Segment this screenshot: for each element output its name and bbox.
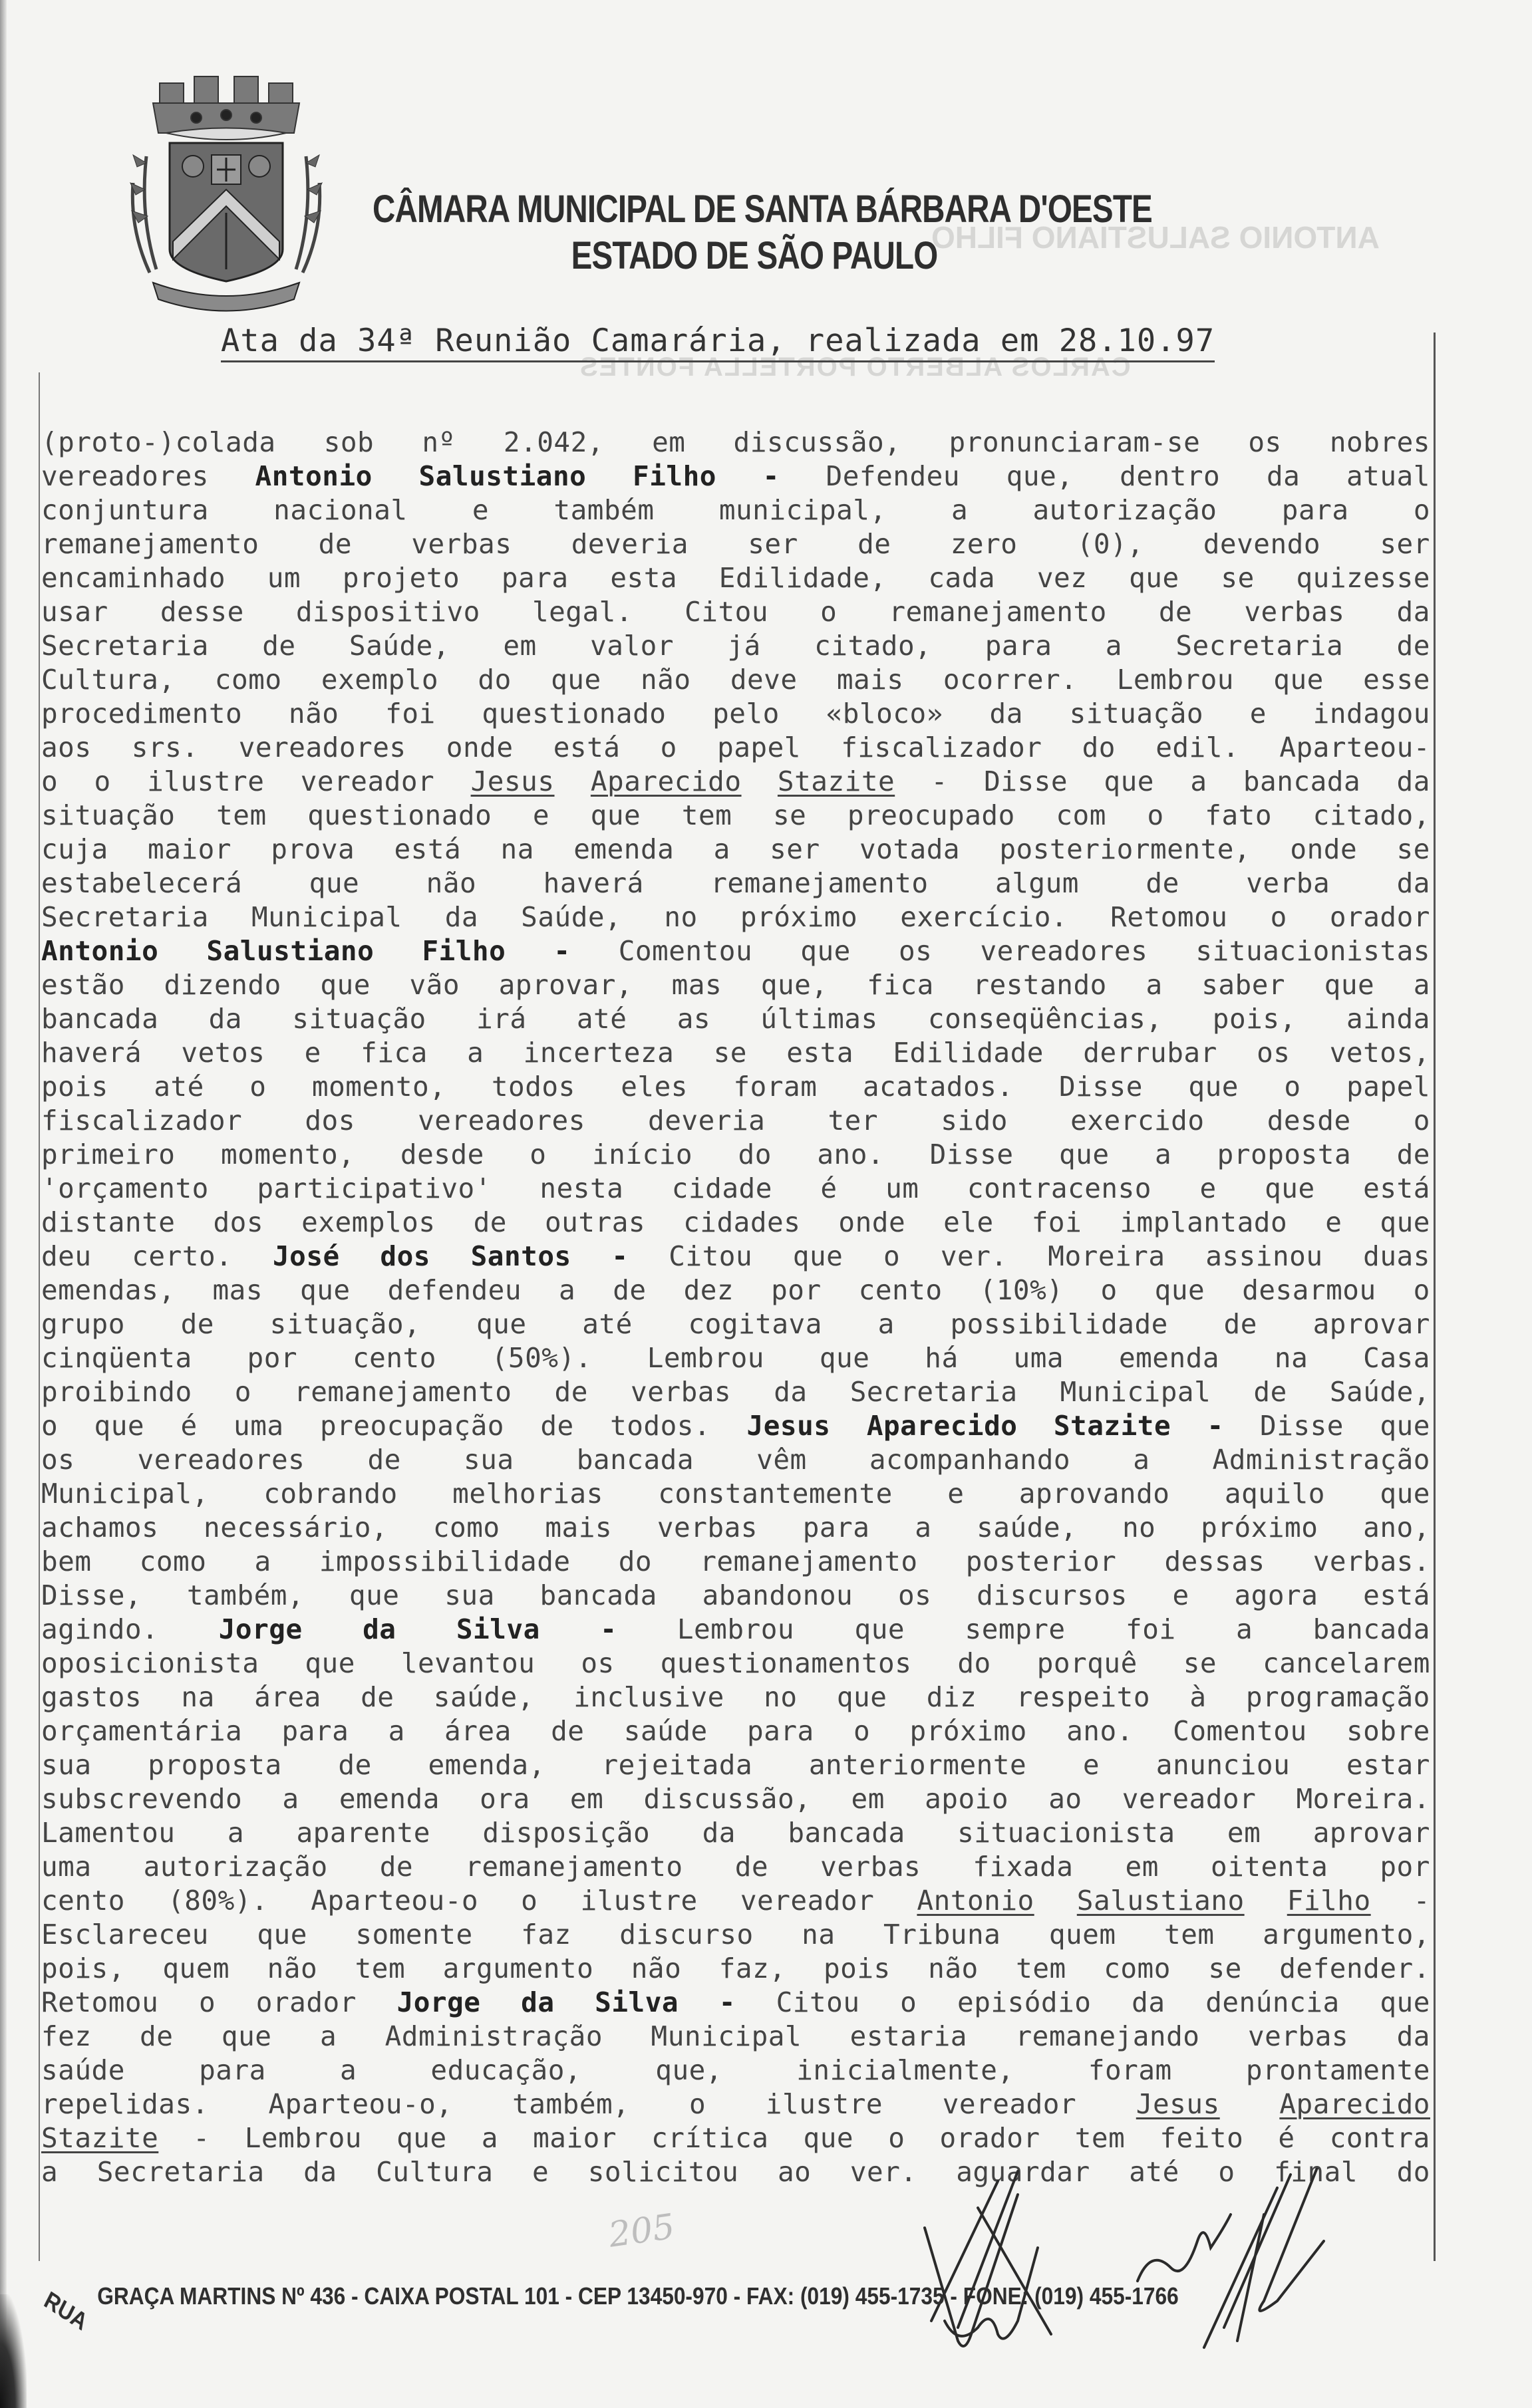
word: Lembrou — [677, 1613, 794, 1647]
word: Administração — [1213, 1443, 1430, 1477]
word: Saúde, — [1330, 1375, 1430, 1409]
body-line: estãodizendoquevãoaprovar,masque,ficares… — [41, 968, 1430, 1002]
word: aparente — [296, 1816, 430, 1850]
word: cobrando — [263, 1477, 397, 1511]
word: orçamentária — [41, 1714, 242, 1748]
word: papel — [1346, 1070, 1430, 1104]
word: por — [771, 1273, 822, 1307]
body-line: osvereadoresdesuabancadavêmacompanhandoa… — [41, 1443, 1430, 1477]
word: legal. — [532, 595, 633, 629]
word: o — [661, 731, 677, 765]
word: vez — [1037, 561, 1088, 595]
word: faz — [521, 1918, 571, 1952]
word: verbas — [820, 1850, 921, 1884]
word: onde — [838, 1206, 905, 1240]
word: aprovar — [1313, 1816, 1430, 1850]
word: a — [340, 2054, 357, 2087]
word: ocorrer. — [943, 663, 1077, 697]
word: inicialmente, — [796, 2054, 1014, 2087]
body-line: oqueéumapreocupaçãodetodos.JesusAparecid… — [41, 1409, 1430, 1443]
body-line: bancadadasituaçãoiráatéasúltimasconseqüê… — [41, 1002, 1430, 1036]
word: o — [249, 1070, 266, 1104]
word: esta — [610, 561, 677, 595]
word: 2.042, — [504, 426, 604, 460]
word: emendas, — [41, 1273, 175, 1307]
word: à — [1189, 1680, 1206, 1714]
word: incerteza — [524, 1036, 675, 1070]
word: prova — [271, 833, 355, 867]
word: 'orçamento — [41, 1172, 209, 1206]
word: ser — [1380, 527, 1430, 561]
word: início — [592, 1138, 692, 1172]
word: ter — [828, 1104, 878, 1138]
word: exercido — [1070, 1104, 1204, 1138]
word: da — [1397, 765, 1430, 799]
word: agora — [1234, 1579, 1318, 1613]
word: onde — [446, 731, 514, 765]
word: Citou — [669, 1240, 752, 1273]
aparte-name: Aparecido — [1279, 2087, 1430, 2121]
word: Defendeu — [826, 460, 960, 493]
word: abandonou — [702, 1579, 853, 1613]
word: de — [1253, 1375, 1287, 1409]
word: Lembrou — [1117, 663, 1234, 697]
word: cuja — [41, 833, 108, 867]
word: Esclareceu — [41, 1918, 209, 1952]
word: próximo — [740, 900, 857, 934]
word: e — [1173, 1579, 1189, 1613]
word: se — [714, 1036, 747, 1070]
letterhead-footer: RUA GRAÇA MARTINS Nº 436 - CAIXA POSTAL … — [40, 2282, 1281, 2310]
word: bancada — [1243, 765, 1360, 799]
body-line: Municipal,cobrandomelhoriasconstantement… — [41, 1477, 1430, 1511]
word: conseqüências, — [928, 1002, 1163, 1036]
word: ano. — [817, 1138, 884, 1172]
word: o — [41, 1409, 58, 1443]
word: constantemente — [658, 1477, 893, 1511]
word: a — [1146, 968, 1162, 1002]
word: desde — [400, 1138, 484, 1172]
word: a — [320, 2020, 337, 2054]
word: os — [1248, 426, 1281, 460]
word: Disse — [1260, 1409, 1344, 1443]
speaker-name: - — [763, 460, 780, 493]
word: Lembrou — [245, 2121, 362, 2155]
word: um — [885, 1172, 919, 1206]
word: Lamentou — [41, 1816, 175, 1850]
word: tem — [1164, 1918, 1215, 1952]
word: (0), — [1077, 527, 1144, 561]
word: já — [727, 629, 760, 663]
speaker-name: José — [273, 1240, 340, 1273]
body-line: distantedosexemplosdeoutrascidadesondeel… — [41, 1206, 1430, 1240]
word: achamos — [41, 1511, 158, 1545]
word: do — [738, 1138, 772, 1172]
word: por — [247, 1341, 298, 1375]
body-line: pois,quemnãotemargumentonãofaz,poisnãote… — [41, 1952, 1430, 1986]
word: tem — [216, 799, 267, 833]
word: como — [433, 1511, 500, 1545]
word: deveria — [648, 1104, 765, 1138]
word: de — [551, 1714, 584, 1748]
word: o — [1414, 1273, 1430, 1307]
word: o — [883, 1240, 900, 1273]
word: Casa — [1363, 1341, 1430, 1375]
word: - — [931, 765, 948, 799]
word: remanejamento — [710, 867, 928, 900]
word: Municipal, — [41, 1477, 209, 1511]
word: se — [1221, 561, 1254, 595]
word: Citou — [776, 1986, 860, 2020]
word: a — [915, 1511, 931, 1545]
word: situação — [41, 799, 175, 833]
word: não — [928, 1952, 979, 1986]
word: grupo — [41, 1307, 125, 1341]
word: melhorias — [452, 1477, 603, 1511]
speaker-name: Silva — [456, 1613, 540, 1647]
word: é — [820, 1172, 837, 1206]
word: posterior — [966, 1545, 1117, 1579]
body-line: saúdeparaaeducação,que,inicialmente,fora… — [41, 2054, 1430, 2087]
word: que — [1059, 1138, 1110, 1172]
word: vetos — [181, 1036, 265, 1070]
word: sua — [444, 1579, 495, 1613]
word: Disse — [984, 765, 1068, 799]
speaker-name: - — [600, 1613, 617, 1647]
word: bem — [41, 1545, 92, 1579]
word: cada — [928, 561, 995, 595]
word: da — [1397, 867, 1430, 900]
margin-rule-left — [39, 372, 40, 2261]
word: até — [154, 1070, 204, 1104]
body-line: AntonioSalustianoFilho-Comentouqueosvere… — [41, 934, 1430, 968]
word: Municipal — [1060, 1375, 1211, 1409]
word: cidades — [683, 1206, 800, 1240]
word: que — [1129, 561, 1179, 595]
word: bancada — [41, 1002, 158, 1036]
word: do — [1082, 731, 1116, 765]
word: de — [262, 629, 295, 663]
word: que — [222, 2020, 272, 2054]
word: necessário, — [204, 1511, 388, 1545]
word: ser — [748, 527, 798, 561]
word: questionado — [482, 697, 666, 731]
signatures-icon — [918, 2168, 1450, 2354]
word: possibilidade — [950, 1307, 1167, 1341]
word: o — [1284, 1070, 1301, 1104]
word: não — [267, 1952, 318, 1986]
word: o — [235, 1375, 251, 1409]
word: os — [41, 1443, 75, 1477]
word: ora — [480, 1782, 530, 1816]
minutes-body: (proto-)coladasobnº2.042,emdiscussão,pro… — [41, 426, 1430, 2189]
word: ano. — [1066, 1714, 1134, 1748]
word: mais — [837, 663, 904, 697]
word: ver. — [941, 1240, 1008, 1273]
word: (proto-)colada — [41, 426, 276, 460]
word: na — [802, 1918, 835, 1952]
word: que — [476, 1307, 527, 1341]
word: oposicionista — [41, 1647, 259, 1680]
word: não — [631, 1952, 682, 1986]
word: preocupado — [847, 799, 1015, 833]
word: para — [199, 2054, 266, 2087]
word: o — [1414, 493, 1430, 527]
word: as — [677, 1002, 710, 1036]
word: estão — [41, 968, 125, 1002]
speaker-name: Salustiano — [419, 460, 587, 493]
word: Municipal — [651, 2020, 802, 2054]
word: deve — [730, 663, 798, 697]
word: contracenso — [967, 1172, 1151, 1206]
word: da — [1397, 2020, 1430, 2054]
word: contra — [1330, 2121, 1430, 2155]
word: quizesse — [1296, 561, 1430, 595]
word: e — [533, 799, 549, 833]
word: vereadores — [239, 731, 406, 765]
word: nacional — [273, 493, 407, 527]
word: Saúde, — [521, 900, 621, 934]
word: da — [445, 900, 478, 934]
word: vereadores — [418, 1104, 585, 1138]
word: e — [472, 493, 489, 527]
body-line: procedimentonãofoiquestionadopelo«bloco»… — [41, 697, 1430, 731]
speaker-name: - — [553, 934, 570, 968]
word: impossibilidade — [319, 1545, 571, 1579]
word: argumento, — [1263, 1918, 1430, 1952]
word: que — [396, 2121, 447, 2155]
body-line: fezdequeaAdministraçãoMunicipalestariare… — [41, 2020, 1430, 2054]
word: autorização — [144, 1850, 328, 1884]
word: aprovar — [1313, 1307, 1430, 1341]
body-line: oposicionistaquelevantouosquestionamento… — [41, 1647, 1430, 1680]
body-line: agindo.JorgedaSilva-Lembrouquesemprefoia… — [41, 1613, 1430, 1647]
speaker-name: Santos — [471, 1240, 571, 1273]
word: tem — [1016, 1952, 1066, 1986]
word: a — [1133, 1443, 1149, 1477]
word: Aparteou- — [1279, 731, 1430, 765]
word: não — [289, 697, 339, 731]
word: do — [478, 663, 511, 697]
word: respeito — [1016, 1680, 1150, 1714]
word: para — [282, 1714, 349, 1748]
word: tem — [1075, 2121, 1126, 2155]
word: estabelecerá — [41, 867, 242, 900]
body-line: (proto-)coladasobnº2.042,emdiscussão,pro… — [41, 426, 1430, 460]
word: de — [735, 1850, 768, 1884]
word: (50%). — [492, 1341, 592, 1375]
word: o — [1100, 1273, 1117, 1307]
word: dessas — [1164, 1545, 1265, 1579]
body-line: SecretariaMunicipaldaSaúde,nopróximoexer… — [41, 900, 1430, 934]
speaker-name: Filho — [422, 934, 506, 968]
word: gastos — [41, 1680, 142, 1714]
word: remanejamento — [41, 527, 259, 561]
word: a — [878, 1307, 895, 1341]
word: que, — [1006, 460, 1074, 493]
word: em — [570, 1782, 603, 1816]
word: em — [1126, 1850, 1159, 1884]
word: eles — [621, 1070, 688, 1104]
word: acompanhando — [869, 1443, 1070, 1477]
word: área — [254, 1680, 321, 1714]
word: inclusive — [573, 1680, 724, 1714]
word: - — [1414, 1884, 1430, 1918]
word: projeto — [343, 561, 460, 595]
word: para — [1282, 493, 1349, 527]
word: sua — [41, 1748, 92, 1782]
footer-address: GRAÇA MARTINS Nº 436 - CAIXA POSTAL 101 … — [97, 2282, 1178, 2310]
word: e — [1199, 1172, 1216, 1206]
word: fica — [867, 968, 934, 1002]
word: que — [320, 968, 371, 1002]
word: outras — [545, 1206, 645, 1240]
word: que — [837, 1680, 887, 1714]
word: usar — [41, 595, 108, 629]
word: defendeu — [388, 1273, 522, 1307]
word: a — [714, 833, 730, 867]
word: vereador — [301, 765, 434, 799]
word: que — [855, 1613, 905, 1647]
word: cento — [859, 1273, 943, 1307]
body-line: achamosnecessário,comomaisverbasparaasaú… — [41, 1511, 1430, 1545]
word: esse — [1363, 663, 1430, 697]
word: fixada — [973, 1850, 1073, 1884]
word: crítica — [651, 2121, 768, 2155]
coat-of-arms-icon — [120, 70, 333, 316]
word: que — [257, 1918, 307, 1952]
word: situacionistas — [1195, 934, 1430, 968]
word: emenda, — [428, 1748, 545, 1782]
word: repelidas. — [41, 2087, 209, 2121]
word: não — [426, 867, 477, 900]
body-line: EsclareceuquesomentefazdiscursonaTribuna… — [41, 1918, 1430, 1952]
word: ser — [770, 833, 820, 867]
word: que — [1380, 1206, 1430, 1240]
word: episódio — [957, 1986, 1091, 2020]
word: está — [1363, 1172, 1430, 1206]
speaker-name: Jesus — [747, 1409, 831, 1443]
word: ano, — [1363, 1511, 1430, 1545]
word: com — [1056, 799, 1106, 833]
word: se — [1208, 1952, 1241, 1986]
word: desse — [160, 595, 244, 629]
word: verbas. — [1313, 1545, 1430, 1579]
word: o — [689, 2087, 706, 2121]
word: da — [209, 1002, 242, 1036]
word: a — [1155, 1138, 1171, 1172]
word: argumento — [443, 1952, 594, 1986]
word: (80%). — [168, 1884, 268, 1918]
word: aprovar, — [499, 968, 633, 1002]
word: porquê — [1037, 1647, 1138, 1680]
word: até — [582, 1307, 633, 1341]
word: defender. — [1279, 1952, 1430, 1986]
word: deu — [41, 1240, 92, 1273]
aparte-name: Stazite — [778, 765, 895, 799]
word: que — [551, 663, 601, 697]
word: vereadores — [980, 934, 1148, 968]
word: desarmou — [1242, 1273, 1376, 1307]
word: prontamente — [1246, 2054, 1430, 2087]
word: de — [555, 1375, 588, 1409]
word: Citou — [685, 595, 768, 629]
word: últimas — [760, 1002, 877, 1036]
word: de — [368, 1443, 401, 1477]
speaker-name: Jorge — [219, 1613, 303, 1647]
word: de — [338, 1748, 371, 1782]
word: questionado — [307, 799, 492, 833]
word: se — [1183, 1647, 1217, 1680]
word: Disse — [930, 1138, 1014, 1172]
word: em — [652, 426, 685, 460]
word: nesta — [539, 1172, 623, 1206]
footer-prefix: RUA — [40, 2286, 92, 2336]
body-line: RetomouooradorJorgedaSilva-Citouoepisódi… — [41, 1986, 1430, 2020]
body-line: fiscalizadordosvereadoresdeveriatersidoe… — [41, 1104, 1430, 1138]
word: o — [900, 1986, 917, 2020]
word: ilustre — [580, 1884, 697, 1918]
word: exemplo — [321, 663, 438, 697]
word: fiscalizador — [841, 731, 1042, 765]
word: aos — [41, 731, 92, 765]
body-line: bemcomoaimpossibilidadedoremanejamentopo… — [41, 1545, 1430, 1579]
word: mas — [672, 968, 722, 1002]
word: emenda — [339, 1782, 440, 1816]
word: dos — [305, 1104, 355, 1138]
word: os — [581, 1647, 614, 1680]
word: uma — [233, 1409, 284, 1443]
word: proposta — [148, 1748, 281, 1782]
word: dez — [684, 1273, 734, 1307]
word: Municipal — [251, 900, 402, 934]
word: há — [925, 1341, 958, 1375]
word: Edilidade — [893, 1036, 1044, 1070]
body-line: vereadoresAntonioSalustianoFilho-Defende… — [41, 460, 1430, 493]
word: vereador — [740, 1884, 874, 1918]
word: edil. — [1155, 731, 1239, 765]
body-line: orçamentáriaparaaáreadesaúdeparaopróximo… — [41, 1714, 1430, 1748]
word: discussão, — [643, 1782, 811, 1816]
word: da — [1397, 595, 1430, 629]
word: de — [361, 1680, 394, 1714]
body-line: cento(80%).Aparteou-ooilustrevereadorAnt… — [41, 1884, 1430, 1918]
word: que — [300, 1273, 351, 1307]
body-line: emendas,masquedefendeuadedezporcento(10%… — [41, 1273, 1430, 1307]
word: assinou — [1205, 1240, 1322, 1273]
word: e — [1083, 1748, 1100, 1782]
body-line: estabeleceráquenãohaveráremanejamentoalg… — [41, 867, 1430, 900]
word: de — [857, 527, 891, 561]
word: por — [1380, 1850, 1430, 1884]
word: Secretaria — [41, 900, 209, 934]
word: implantado — [1120, 1206, 1287, 1240]
word: que — [1324, 968, 1375, 1002]
word: somente — [355, 1918, 472, 1952]
word: maior — [533, 2121, 617, 2155]
word: emenda — [573, 833, 674, 867]
body-line: primeiromomento,desdeoiníciodoano.Disseq… — [41, 1138, 1430, 1172]
word: vetos, — [1330, 1036, 1430, 1070]
word: e — [1250, 697, 1267, 731]
word: todos. — [610, 1409, 710, 1443]
word: Disse, — [41, 1579, 142, 1613]
body-line: conjunturanacionaletambémmunicipal,aauto… — [41, 493, 1430, 527]
word: o — [1148, 799, 1164, 833]
body-line: umaautorizaçãoderemanejamentodeverbasfix… — [41, 1850, 1430, 1884]
word: do — [619, 1545, 652, 1579]
word: nº — [422, 426, 455, 460]
